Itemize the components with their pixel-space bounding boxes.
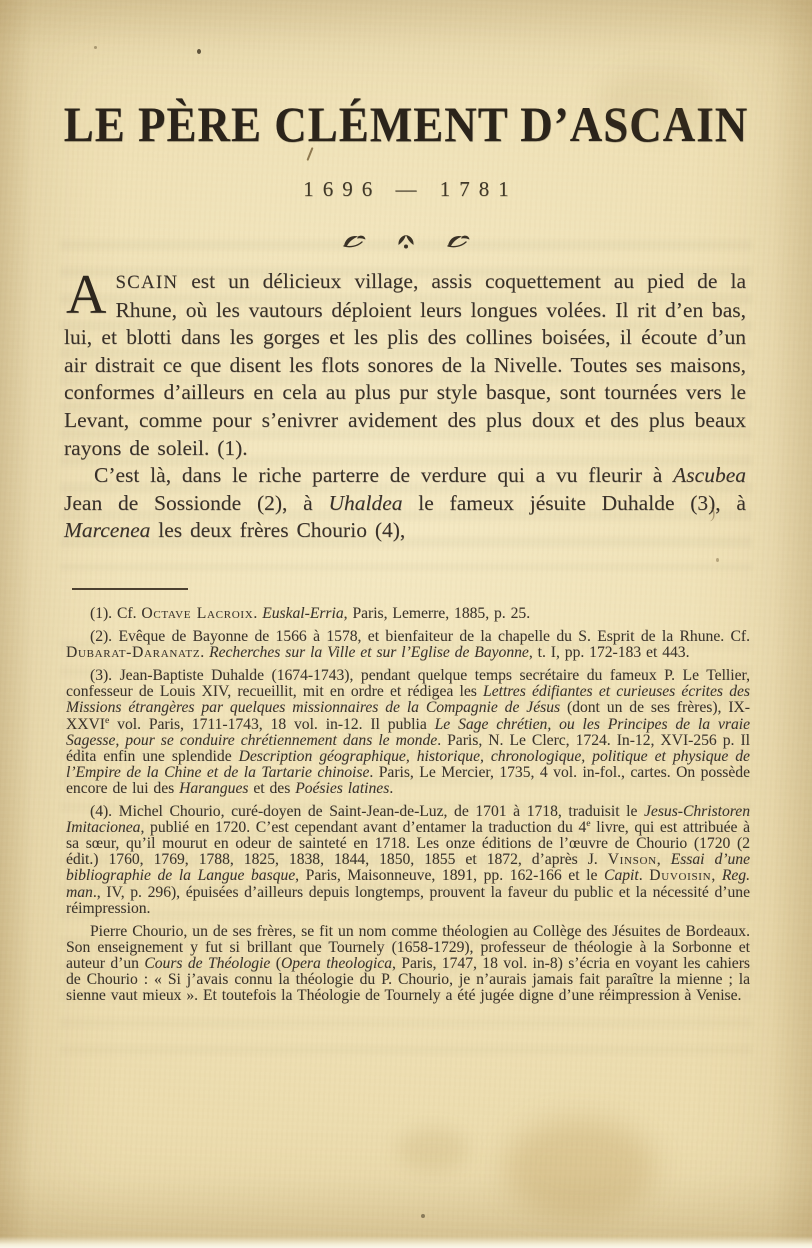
- ink-speck: [716, 558, 719, 562]
- footnote-2: (2). Evêque de Bayonne de 1566 à 1578, e…: [66, 622, 750, 661]
- page-header: LE PÈRE CLÉMENT D’ASCAIN 1696 — 1781: [0, 0, 812, 250]
- fleuron-icon: [445, 232, 471, 250]
- paper-stain: [398, 1128, 468, 1172]
- page-bottom-edge: [0, 1236, 812, 1248]
- page-title: LE PÈRE CLÉMENT D’ASCAIN: [0, 96, 812, 153]
- footnote-1: (1). Cf. Octave Lacroix. Euskal-Erria, P…: [66, 599, 750, 622]
- footnote-separator: [72, 588, 188, 590]
- paragraph-text: SCAIN est un délicieux village, assis co…: [64, 269, 746, 460]
- ink-speck: [421, 1214, 425, 1218]
- paragraph: C’est là, dans le riche parterre de verd…: [64, 462, 746, 545]
- footnotes-section: (1). Cf. Octave Lacroix. Euskal-Erria, P…: [66, 599, 750, 1004]
- date-range: 1696 — 1781: [0, 177, 812, 202]
- drop-cap: A: [64, 268, 115, 318]
- body-text: ASCAIN est un délicieux village, assis c…: [64, 268, 746, 545]
- footnote-4: (4). Michel Chourio, curé-doyen de Saint…: [66, 797, 750, 917]
- footnote-4-continued: Pierre Chourio, un de ses frères, se fit…: [66, 917, 750, 1004]
- margin-paren-mark: ): [710, 505, 715, 523]
- paragraph-opening: ASCAIN est un délicieux village, assis c…: [64, 268, 746, 462]
- paper-stain: [505, 1118, 655, 1218]
- fleuron-icon: [341, 232, 367, 250]
- ornament-row: [0, 232, 812, 250]
- scanned-book-page: LE PÈRE CLÉMENT D’ASCAIN 1696 — 1781: [0, 0, 812, 1248]
- footnote-3: (3). Jean-Baptiste Duhalde (1674-1743), …: [66, 661, 750, 797]
- fleuron-icon: [393, 232, 419, 250]
